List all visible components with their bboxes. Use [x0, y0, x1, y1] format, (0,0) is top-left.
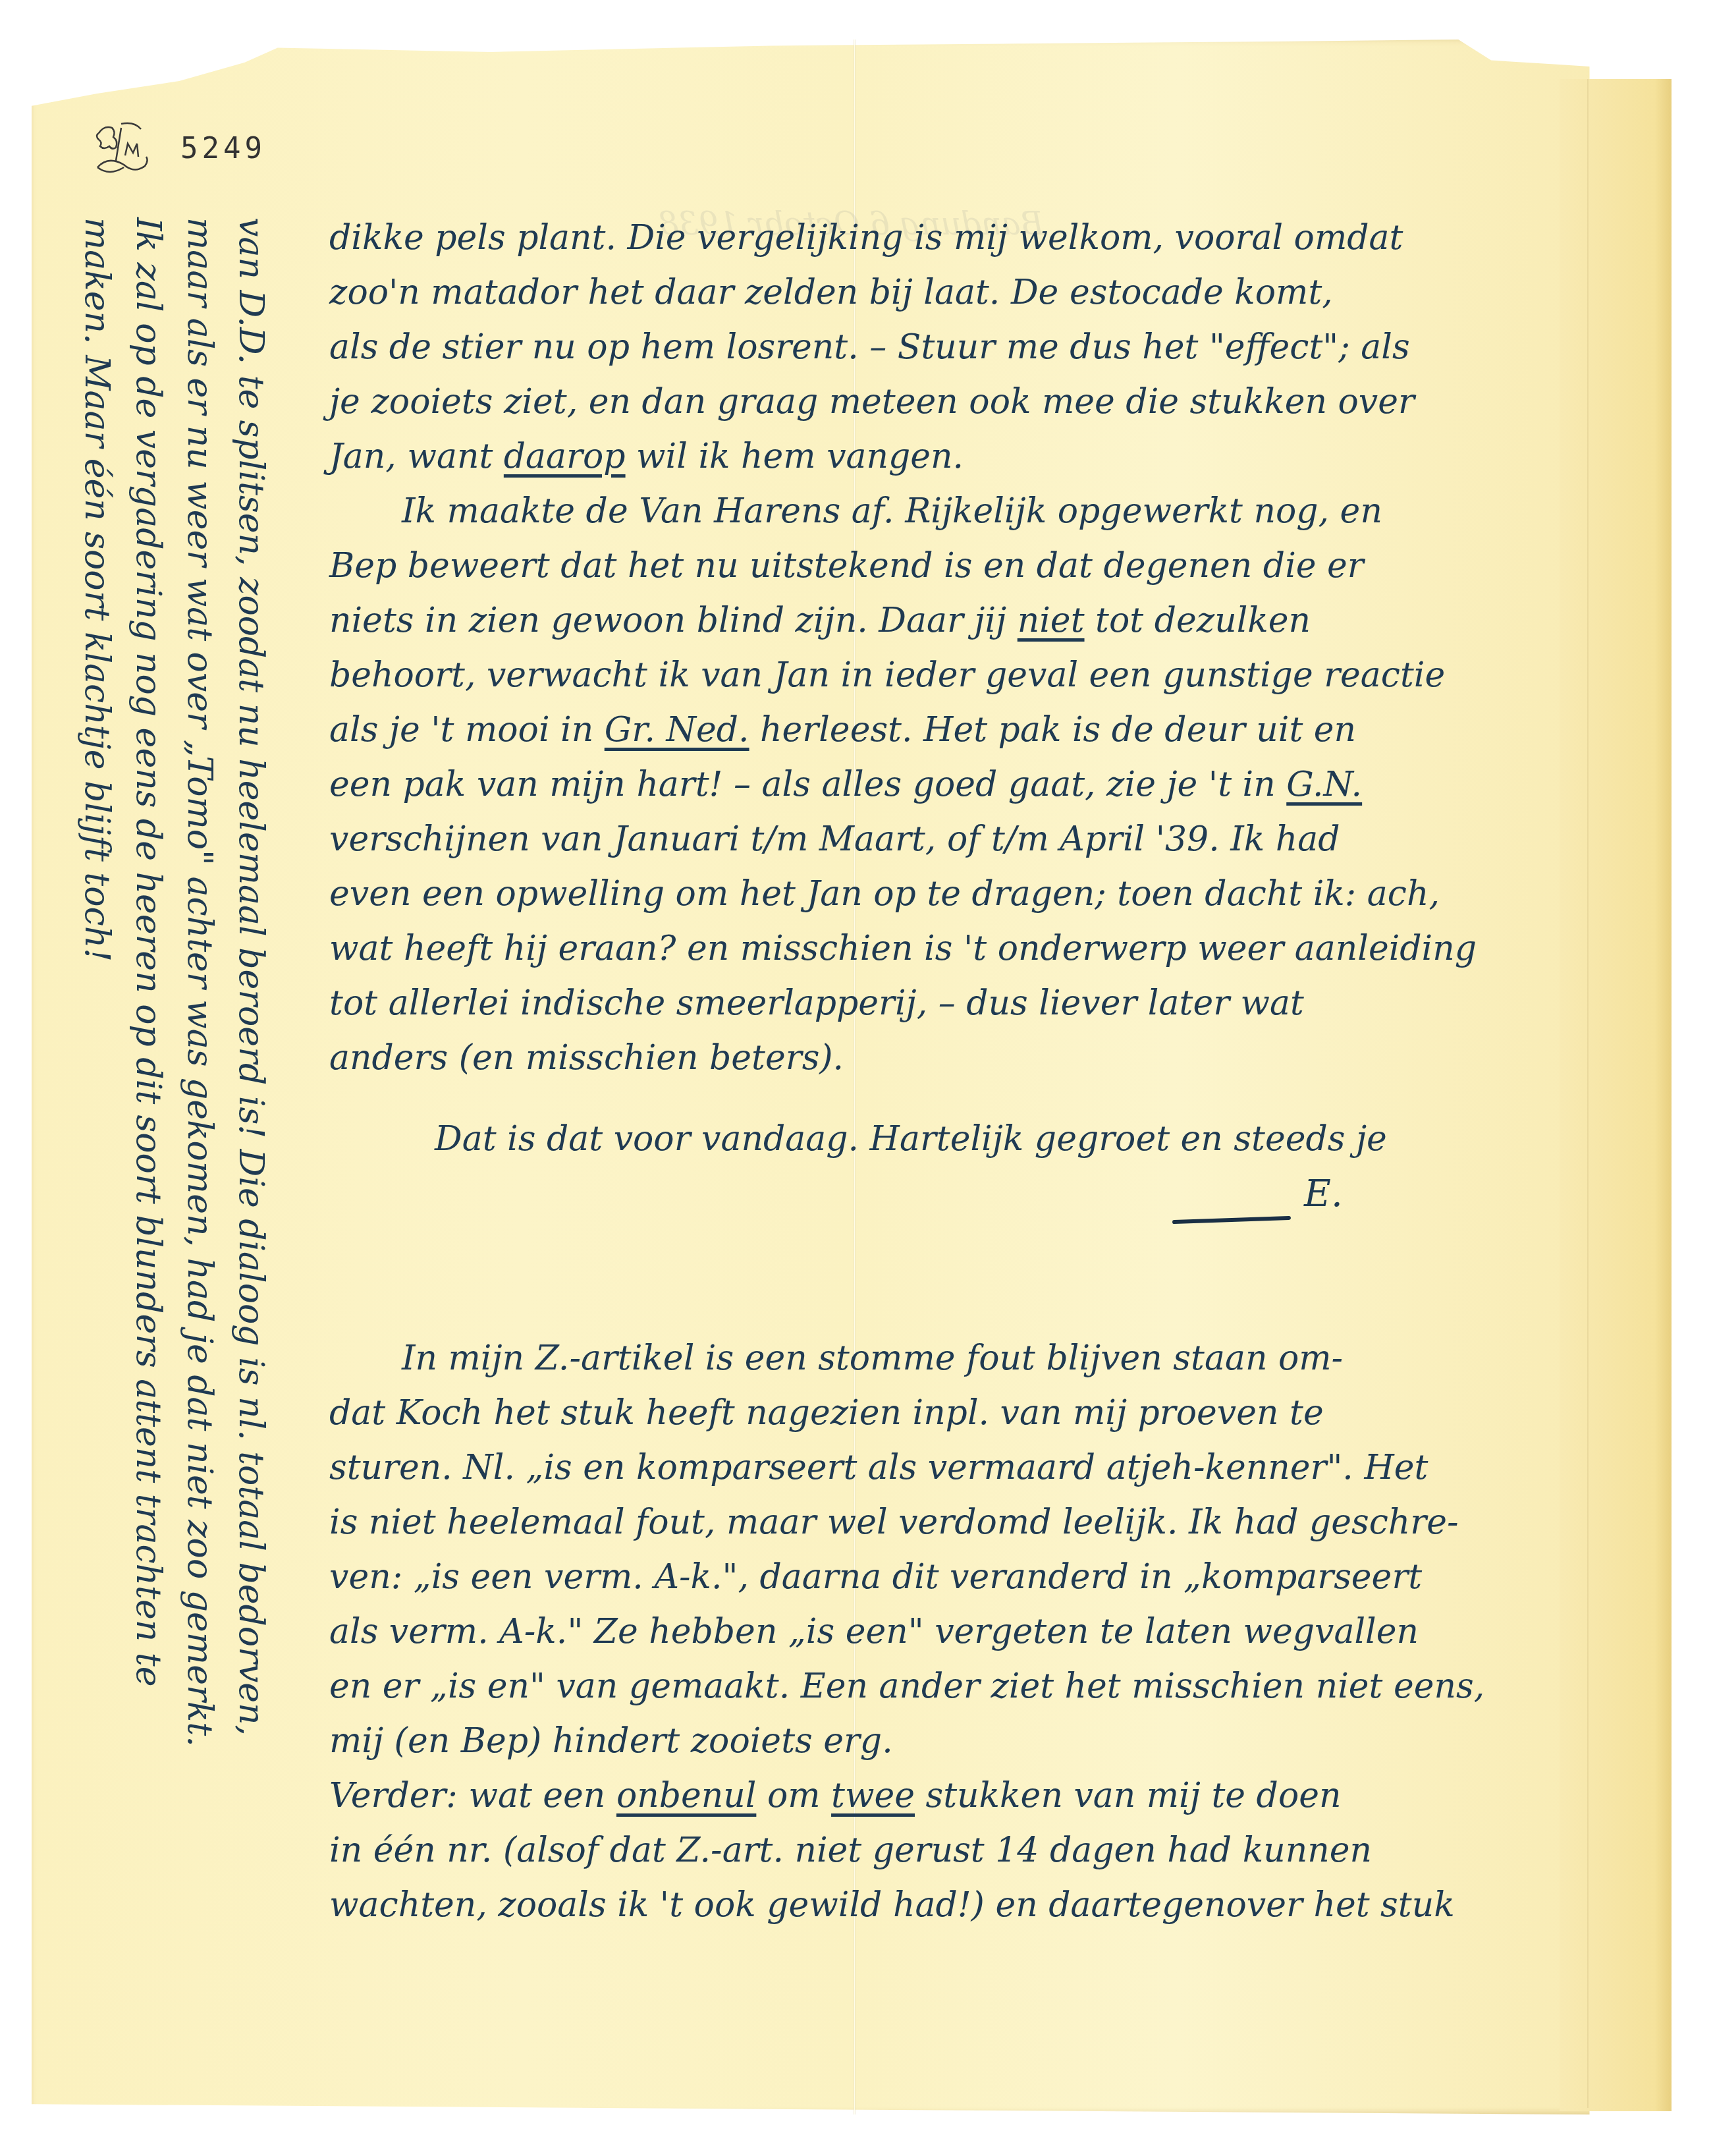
- letter-line: anders (en misschien beters).: [329, 1031, 1666, 1086]
- underlined-word: onbenul: [616, 1776, 756, 1815]
- underlined-word: daarop: [504, 437, 626, 476]
- archive-stamp: 5249: [92, 119, 266, 178]
- postscript-line: in één nr. (alsof dat Z.-art. niet gerus…: [329, 1823, 1666, 1878]
- letter-line: wat heeft hij eraan? en misschien is 't …: [329, 922, 1666, 976]
- letter-line: even een opwelling om het Jan op te drag…: [329, 867, 1666, 922]
- underlined-word: G.N.: [1286, 765, 1362, 804]
- closing-line: Dat is dat voor vandaag. Hartelijk gegro…: [329, 1112, 1666, 1167]
- margin-line: maken. Maar één soort klachtje blijft to…: [71, 217, 122, 2128]
- margin-line: van D.D. te splitsen, zoodat nu heelemaa…: [225, 217, 277, 2128]
- letter-line: Ik maakte de Van Harens af. Rijkelijk op…: [329, 484, 1666, 539]
- postscript-line: als verm. A-k." Ze hebben „is een" verge…: [329, 1605, 1666, 1659]
- letter-line: je zooiets ziet, en dan graag meteen ook…: [329, 375, 1666, 429]
- signature-underline: [1172, 1216, 1291, 1224]
- signature-block: E.: [329, 1167, 1666, 1232]
- underlined-word: Gr. Ned.: [605, 710, 749, 750]
- letter-line: zoo'n matador het daar zelden bij laat. …: [329, 265, 1666, 320]
- archive-number: 5249: [180, 132, 266, 165]
- postscript-line: mij (en Bep) hindert zooiets erg.: [329, 1714, 1666, 1769]
- underlined-word: niet: [1018, 601, 1085, 640]
- letter-line: Jan, want daarop wil ik hem vangen.: [329, 429, 1666, 484]
- postscript-line: dat Koch het stuk heeft nagezien inpl. v…: [329, 1386, 1666, 1441]
- postscript-line: Verder: wat een onbenul om twee stukken …: [329, 1769, 1666, 1823]
- letter-line: als de stier nu op hem losrent. – Stuur …: [329, 320, 1666, 375]
- letter-line: tot allerlei indische smeerlapperij, – d…: [329, 976, 1666, 1031]
- lion-monogram-icon: [92, 119, 158, 178]
- letter-body: dikke pels plant. Die vergelijking is mi…: [329, 211, 1666, 1933]
- margin-line: maar als er nu weer wat over „Tomo" acht…: [174, 217, 225, 2128]
- letter-line: een pak van mijn hart! – als alles goed …: [329, 758, 1666, 812]
- margin-note: van D.D. te splitsen, zoodat nu heelemaa…: [71, 217, 277, 2128]
- underlined-word: twee: [831, 1776, 915, 1815]
- letter-line: behoort, verwacht ik van Jan in ieder ge…: [329, 648, 1666, 703]
- letter-line: Bep beweert dat het nu uitstekend is en …: [329, 539, 1666, 594]
- letter-line: verschijnen van Januari t/m Maart, of t/…: [329, 812, 1666, 867]
- letter-line: dikke pels plant. Die vergelijking is mi…: [329, 211, 1666, 265]
- postscript-line: ven: „is een verm. A-k.", daarna dit ver…: [329, 1550, 1666, 1605]
- margin-line: Ik zal op de vergadering nog eens de hee…: [122, 217, 174, 2128]
- letter-line: niets in zien gewoon blind zijn. Daar ji…: [329, 594, 1666, 648]
- signature: E.: [1304, 1167, 1343, 1221]
- letter-line: als je 't mooi in Gr. Ned. herleest. Het…: [329, 703, 1666, 758]
- postscript-line: is niet heelemaal fout, maar wel verdomd…: [329, 1495, 1666, 1550]
- postscript-line: wachten, zooals ik 't ook gewild had!) e…: [329, 1878, 1666, 1933]
- postscript-line: sturen. Nl. „is en komparseert als verma…: [329, 1441, 1666, 1495]
- postscript-line: en er „is en" van gemaakt. Een ander zie…: [329, 1659, 1666, 1714]
- postscript-line: In mijn Z.-artikel is een stomme fout bl…: [329, 1331, 1666, 1386]
